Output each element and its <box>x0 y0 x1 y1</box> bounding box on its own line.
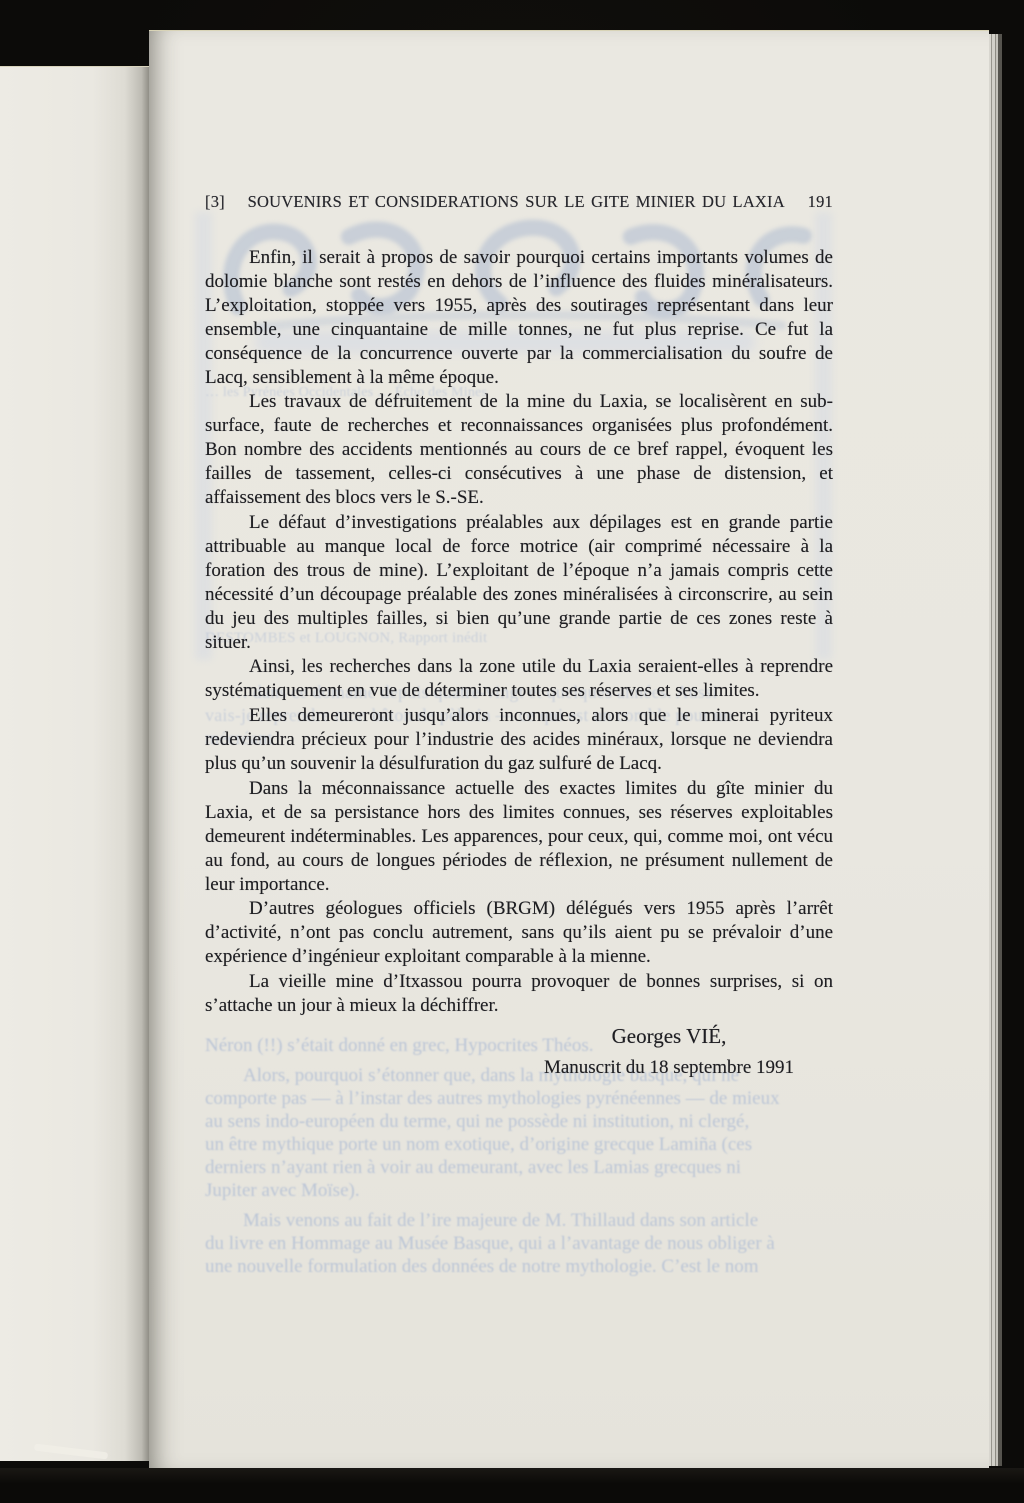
ghost-text-line: au sens indo-européen du terme, qui ne p… <box>205 1110 845 1133</box>
page-number: 191 <box>808 192 833 212</box>
running-title: SOUVENIRS ET CONSIDERATIONS SUR LE GITE … <box>225 192 808 212</box>
ghost-text-line: une nouvelle formulation des données de … <box>205 1255 845 1278</box>
ghost-text-line: du livre en Hommage au Musée Basque, qui… <box>205 1232 845 1255</box>
ghost-text-line: Jupiter avec Moïse). <box>205 1179 845 1202</box>
body-paragraph: Enfin, il serait à propos de savoir pour… <box>205 246 833 389</box>
body-paragraph: Elles demeureront jusqu’alors inconnues,… <box>205 704 833 776</box>
body-paragraph: Les travaux de défruitement de la mine d… <box>205 390 833 510</box>
body-paragraph: Dans la méconnaissance actuelle des exac… <box>205 777 833 897</box>
signature-block: Georges VIÉ,Manuscrit du 18 septembre 19… <box>205 1023 833 1080</box>
ghost-text-line: Mais venons au fait de l’ire majeure de … <box>205 1209 845 1232</box>
scan-background: { "page": { "header": { "bracket": "[3]"… <box>0 0 1024 1503</box>
ghost-text-line: derniers n’ayant rien à voir au demeuran… <box>205 1156 845 1179</box>
body-paragraph: Le défaut d’investigations préalables au… <box>205 511 833 654</box>
body-paragraph: La vieille mine d’Itxassou pourra provoq… <box>205 970 833 1018</box>
author-name: Georges VIÉ, <box>505 1023 833 1049</box>
ghost-text-line: un être mythique porte un nom exotique, … <box>205 1133 845 1156</box>
body-paragraph: Ainsi, les recherches dans la zone utile… <box>205 655 833 703</box>
page-header: [3] SOUVENIRS ET CONSIDERATIONS SUR LE G… <box>205 192 833 212</box>
manuscript-date: Manuscrit du 18 septembre 1991 <box>505 1056 833 1080</box>
ghost-text-line: comporte pas — à l’instar des autres myt… <box>205 1087 845 1110</box>
body-text: Enfin, il serait à propos de savoir pour… <box>205 246 833 1080</box>
section-bracket-number: [3] <box>205 192 225 212</box>
body-paragraph: D’autres géologues officiels (BRGM) délé… <box>205 897 833 969</box>
